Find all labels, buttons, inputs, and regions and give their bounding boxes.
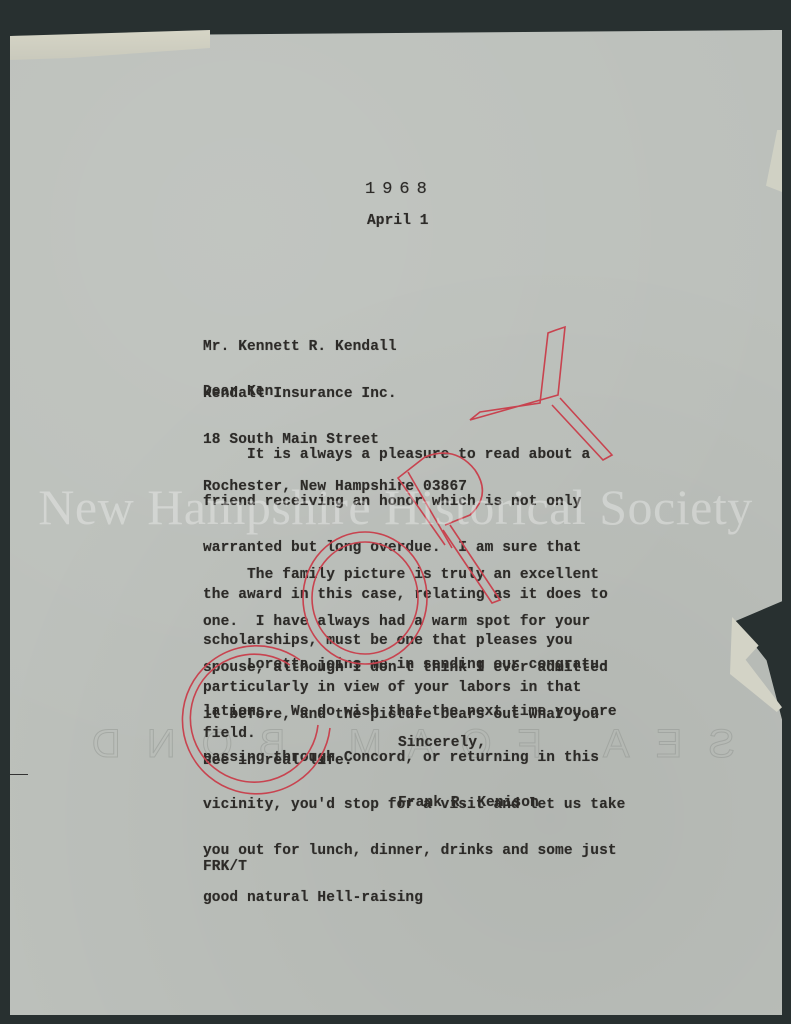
archive-watermark: New Hampshire Historical Society bbox=[0, 478, 791, 536]
copy-stamp-outline bbox=[182, 327, 612, 794]
